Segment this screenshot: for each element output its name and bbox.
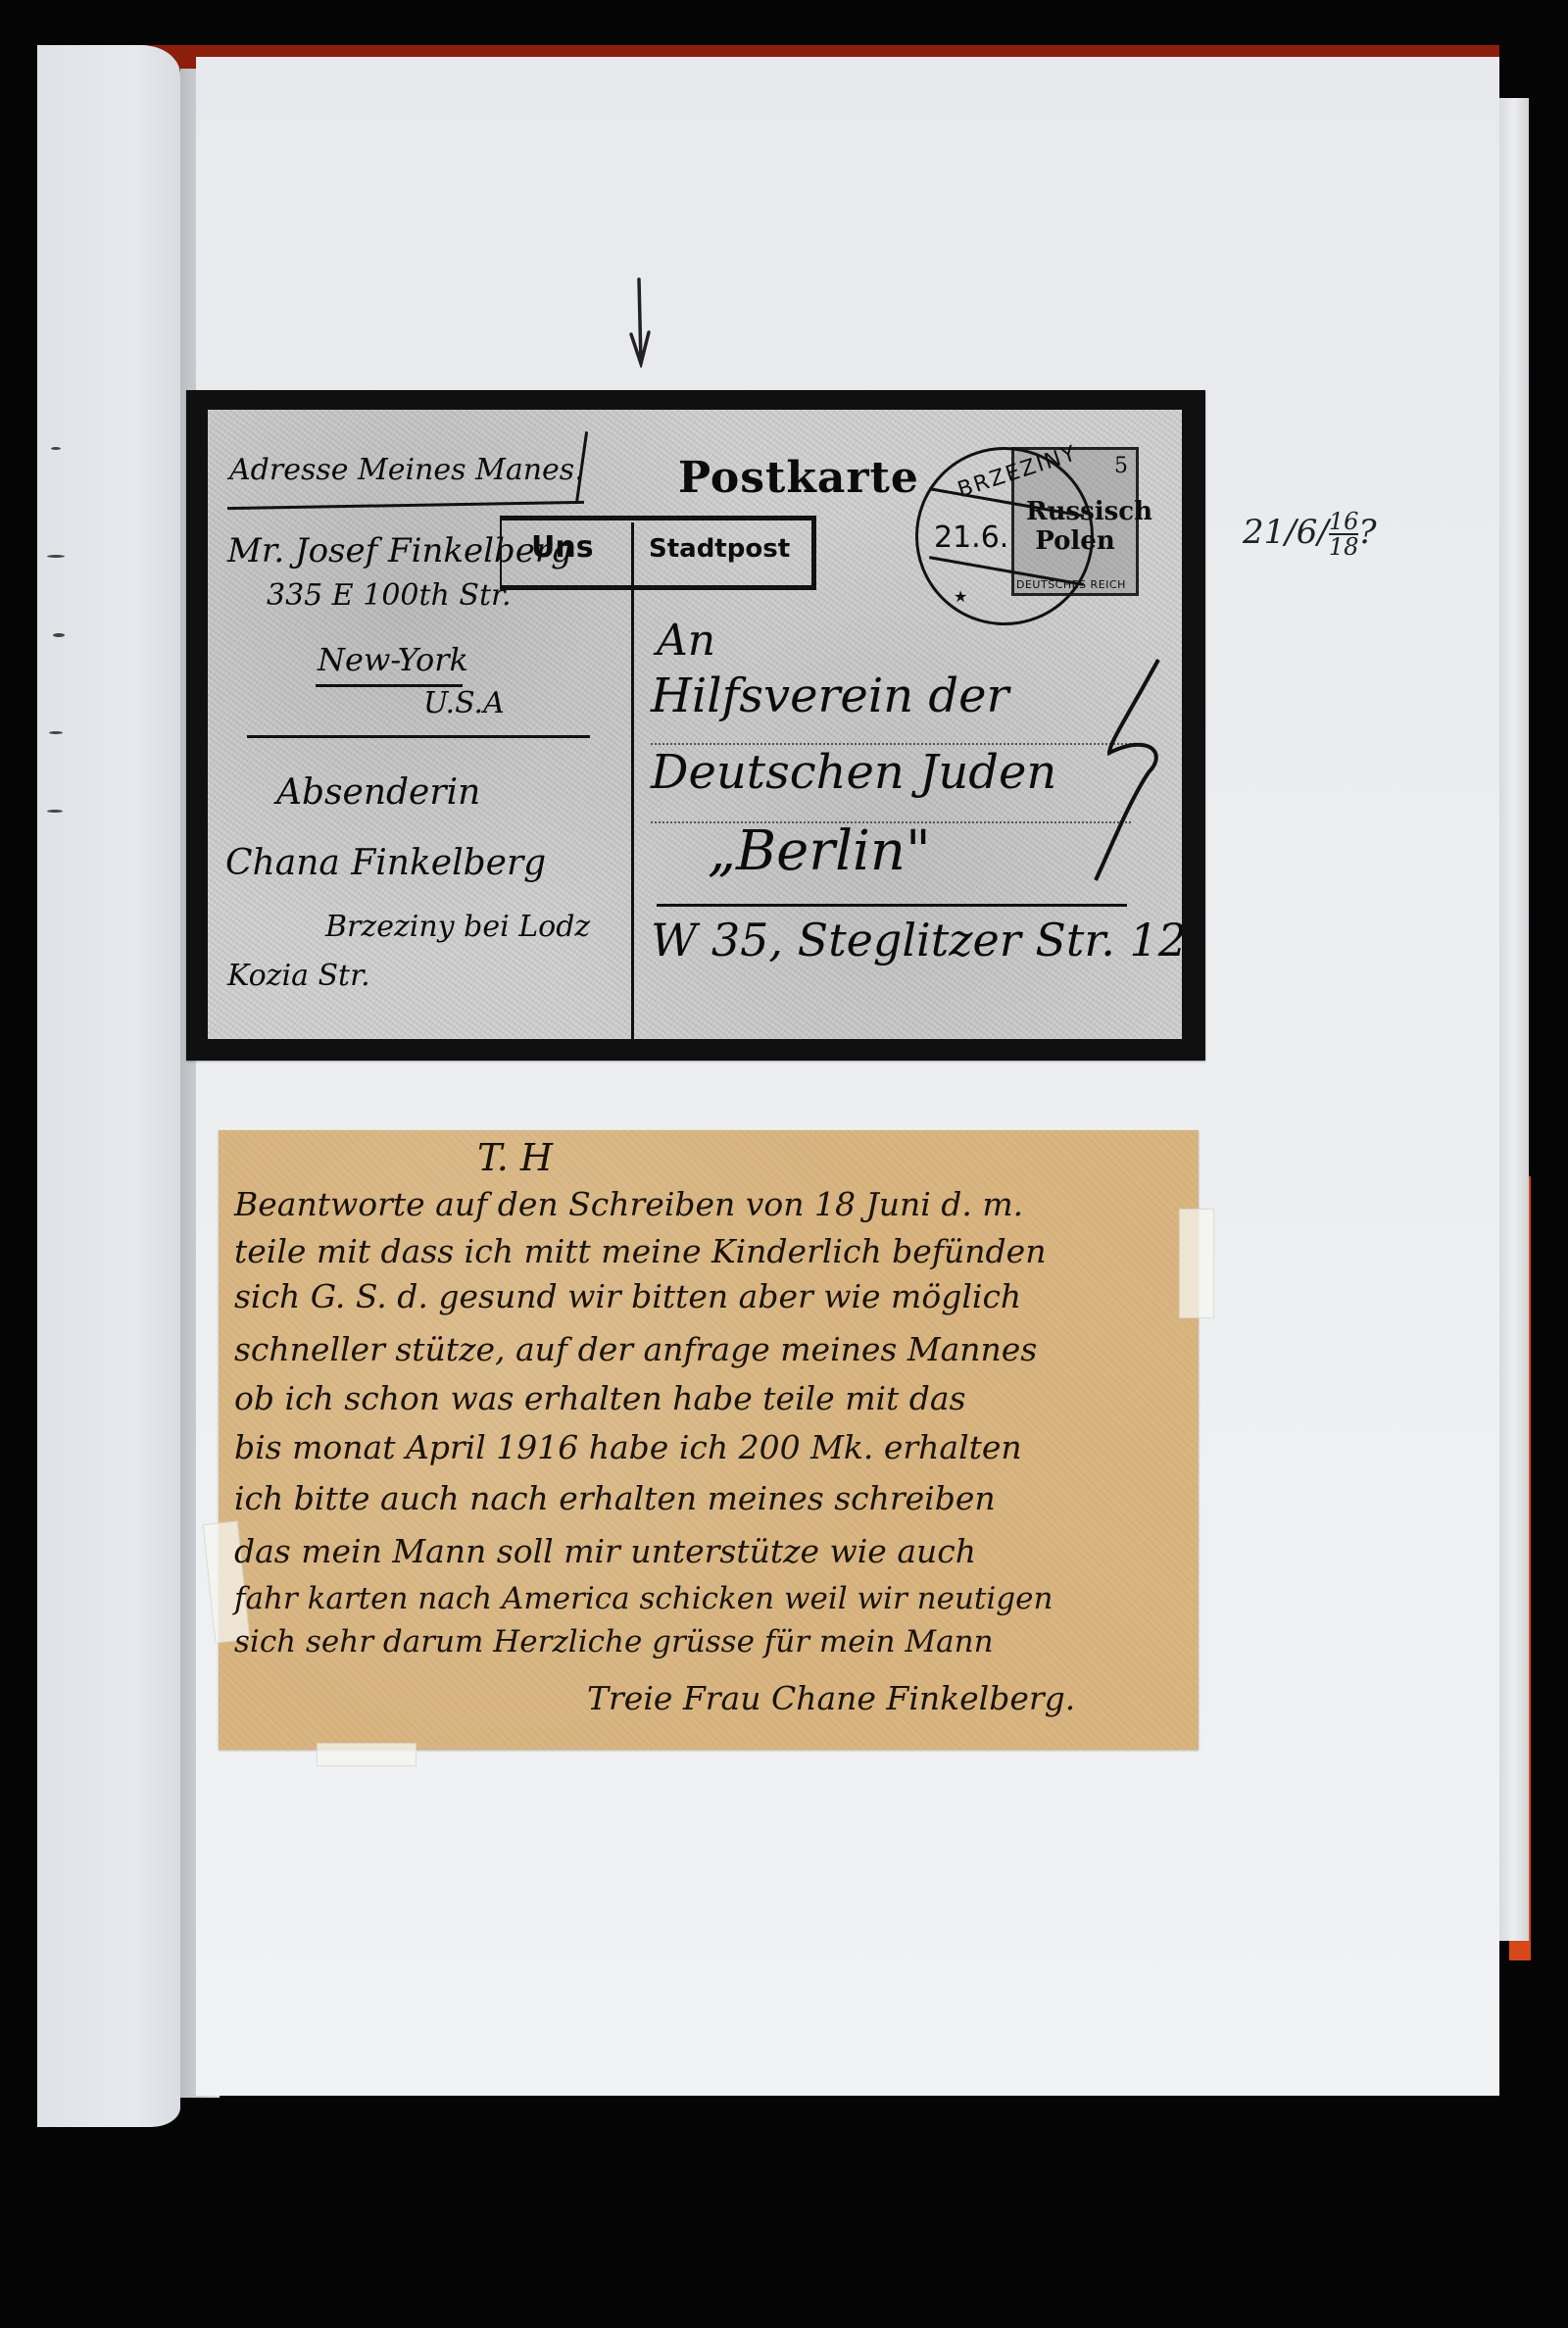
correspondence-card: T. H Beantworte auf den Schreiben von 18…	[219, 1130, 1199, 1750]
letter-line: Beantworte auf den Schreiben von 18 Juni…	[234, 1185, 1023, 1223]
letter-signature: Treie Frau Chane Finkelberg.	[587, 1679, 1075, 1717]
address-line: W 35, Steglitzer Str. 12.	[651, 914, 1182, 966]
letter-line: bis monat April 1916 habe ich 200 Mk. er…	[234, 1428, 1022, 1466]
address-line: Deutschen Juden	[651, 745, 1056, 800]
card-center-divider	[631, 522, 634, 1039]
sender-label: Adresse Meines Manes.	[229, 453, 584, 487]
letter-line: sich sehr darum Herzliche grüsse für mei…	[234, 1624, 994, 1659]
postcard-face: Adresse Meines Manes. Mr. Josef Finkelbe…	[208, 410, 1182, 1039]
star-icon: ★	[954, 587, 967, 606]
recipient-line: New-York	[318, 641, 468, 678]
letter-header: T. H	[477, 1136, 553, 1179]
postcard-photocopy: Adresse Meines Manes. Mr. Josef Finkelbe…	[186, 390, 1205, 1061]
letter-line: ob ich schon was erhalten habe teile mit…	[234, 1379, 966, 1417]
divider-rule	[247, 735, 590, 738]
address-prefix: An	[657, 616, 715, 666]
annotation-question-mark: ?	[1358, 513, 1376, 552]
address-line: „Berlin"	[708, 819, 931, 883]
letter-line: fahr karten nach America schicken weil w…	[234, 1581, 1053, 1616]
stamp-value: 5	[1114, 454, 1128, 478]
censor-text-right: Stadtpost	[649, 534, 790, 564]
recipient-line: U.S.A	[423, 686, 505, 720]
main-album-page	[196, 57, 1499, 2096]
page-speck	[47, 810, 63, 813]
page-speck	[49, 731, 63, 734]
flourish-mark	[1090, 655, 1178, 890]
censor-stamp: Uns Stadtpost	[500, 516, 816, 590]
pencil-date-annotation: 21/6/1618?	[1243, 510, 1419, 588]
stacked-page-edges	[1499, 98, 1529, 1941]
sender-line: Kozia Str.	[227, 959, 370, 993]
letter-line: teile mit dass ich mitt meine Kinderlich…	[234, 1232, 1046, 1270]
censor-text-left: Uns	[531, 530, 594, 565]
annotation-date-fraction: 1618	[1329, 510, 1359, 559]
down-arrow-icon	[627, 277, 657, 368]
letter-line: sich G. S. d. gesund wir bitten aber wie…	[234, 1277, 1021, 1315]
address-underline	[657, 904, 1127, 907]
address-line: Hilfsverein der	[651, 669, 1008, 723]
left-album-page	[37, 45, 180, 2127]
sender-line: Brzeziny bei Lodz	[325, 910, 590, 944]
page-speck	[47, 555, 65, 558]
postmark-city: BRZEZINY	[955, 441, 1080, 503]
sender-line: Chana Finkelberg	[225, 843, 546, 883]
recipient-line: 335 E 100th Str.	[267, 578, 512, 613]
annotation-date-main: 21/6/	[1243, 513, 1329, 552]
page-speck	[51, 447, 61, 450]
letter-line: schneller stütze, auf der anfrage meines…	[234, 1330, 1037, 1368]
letter-line: das mein Mann soll mir unterstütze wie a…	[234, 1532, 976, 1570]
letter-text: T. H Beantworte auf den Schreiben von 18…	[234, 1130, 1189, 1750]
postmark: BRZEZINY 21.6. ★	[915, 447, 1094, 625]
sender-heading: Absenderin	[276, 772, 480, 813]
postmark-date: 21.6.	[934, 520, 1008, 555]
letter-line: ich bitte auch nach erhalten meines schr…	[234, 1479, 996, 1517]
underline	[227, 501, 584, 510]
page-speck	[53, 633, 65, 637]
postkarte-heading: Postkarte	[678, 453, 919, 503]
